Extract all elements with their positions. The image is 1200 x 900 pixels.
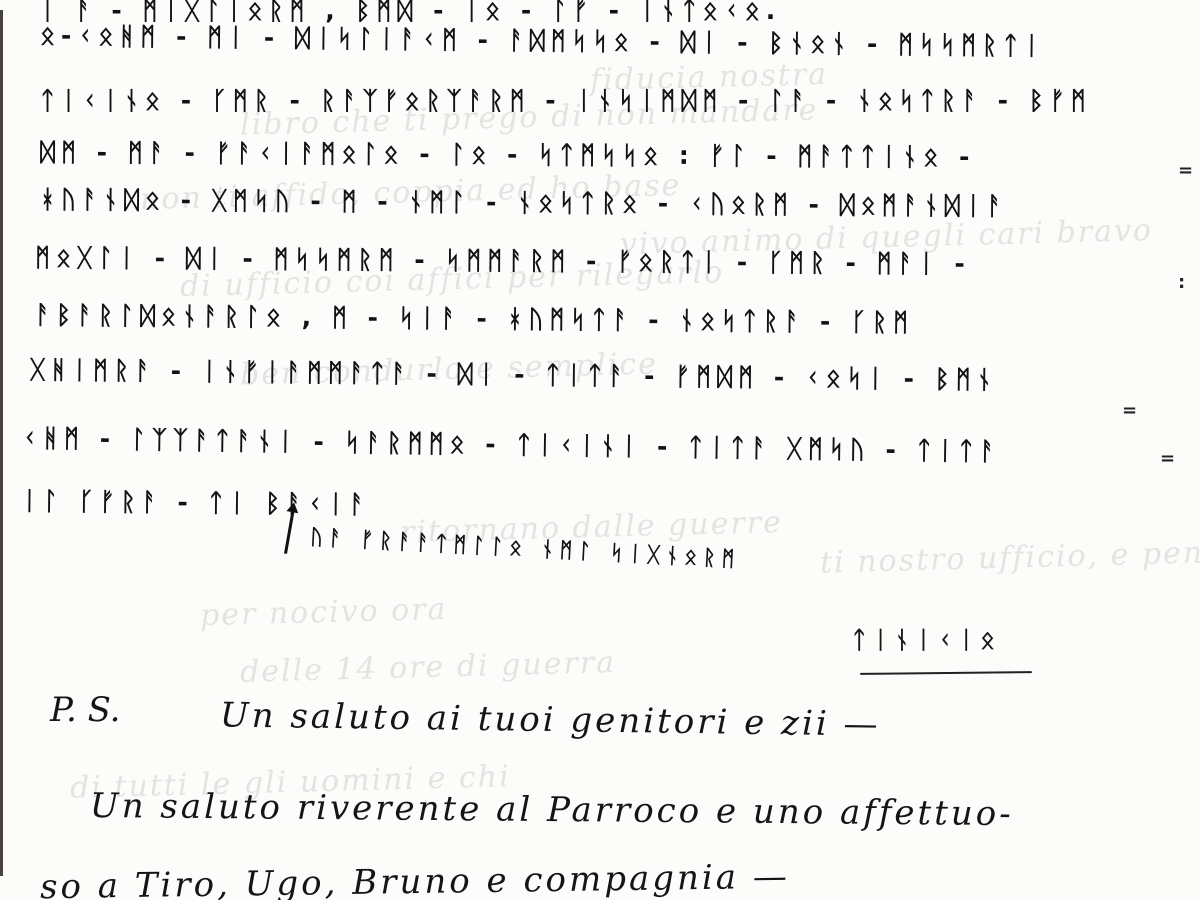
bleed-through-text: ti nostro ufficio, e penso: [820, 534, 1200, 580]
postscript-label: P. S.: [50, 690, 121, 730]
hyphen-equals-mark: =: [1122, 400, 1137, 421]
scan-left-edge-border: [0, 10, 3, 876]
bleed-through-text: per nocivo ora: [200, 592, 448, 633]
cipher-line: ᚼᚢᚨᚾᛞᛟ - ᚷᛗᛋᚢ - ᛗ - ᚾᛗᛚ - ᚾᛟᛋᛏᚱᛟ - ᚲᚢᛟᚱᛗ…: [40, 187, 1008, 219]
cipher-line: ᚲᚻᛗ - ᛚᛉᛉᚨᛏᚨᚾᛁ - ᛋᚨᚱᛗᛗᛟ - ᛏᛁᚲᛁᚾᛁ - ᛏᛁᛏᚨ …: [22, 425, 1001, 464]
cipher-line: ᚷᚻᛁᛗᚱᚨ - ᛁᚾᚠᛁᚨᛗᛗᚨᛏᚨ - ᛞᛁ - ᛏᛁᛏᚨ - ᚠᛗᛞᛗ -…: [30, 357, 998, 392]
cipher-signature: ᛏᛁᚾᛁᚲᛁᛟ: [852, 626, 1002, 654]
hyphen-equals-mark: =: [1178, 160, 1193, 181]
hyphen-equals-mark: :: [1178, 272, 1185, 293]
scanned-letter-page: fiducia nostra libro che ti prego di non…: [0, 0, 1200, 900]
postscript-line: Un saluto riverente al Parroco e uno aff…: [90, 786, 1014, 834]
cipher-line: ᛏᛁᚲᛁᚾᛟ - ᚴᛗᚱ - ᚱᚨᛉᚠᛟᚱᛉᚨᚱᛗ - ᛁᚾᛋᛁᛗᛞᛗ - ᛚᚨ…: [40, 88, 1092, 113]
postscript-line: so a Tiro, Ugo, Bruno e compagnia —: [40, 857, 790, 900]
cipher-line: ᛗᛟᚷᛚᛁ - ᛞᛁ - ᛗᛋᛋᛗᚱᛗ - ᛋᛗᛗᚨᚱᛗ - ᚠᛟᚱᛏᛁ - ᚴ…: [35, 245, 971, 277]
bleed-through-text: delle 14 ore di guerra: [240, 645, 617, 690]
cipher-line: ᛁ ᚨ - ᛗᛁᚷᛚᛁᛟᚱᛗ , ᛒᛗᛞ - ᛁᛟ - ᛚᚠ - ᛁᚾᛏᛟᚲᛟ.: [40, 0, 781, 23]
hyphen-equals-mark: =: [1160, 448, 1175, 469]
cipher-line: ᛞᛗ - ᛗᚨ - ᚠᚨᚲᛁᚨᛗᛟᛚᛟ - ᛚᛟ - ᛋᛏᛗᛋᛋᛟ : ᚠᛚ -…: [40, 140, 976, 170]
postscript-line: Un saluto ai tuoi genitori e zii —: [220, 695, 881, 744]
cipher-line: ᛟ-ᚲᛟᚻᛗ - ᛗᛁ - ᛞᛁᛋᛚᛁᚨᚲᛗ - ᚨᛞᛗᛋᛋᛟ - ᛞᛁ - ᛒ…: [40, 23, 1045, 59]
cipher-line: ᛁᛚ ᚴᚠᚱᚨ - ᛏᛁ ᛒᚨᚲᛁᚨ: [22, 488, 370, 517]
signature-underline: [860, 671, 1032, 675]
cipher-line: ᚨᛒᚨᚱᛚᛞᛟᚾᚨᚱᛚᛟ , ᛗ - ᛋᛁᚨ - ᚼᚢᛗᛋᛏᚨ - ᚾᛟᛋᛏᚱᚨ…: [35, 302, 914, 335]
